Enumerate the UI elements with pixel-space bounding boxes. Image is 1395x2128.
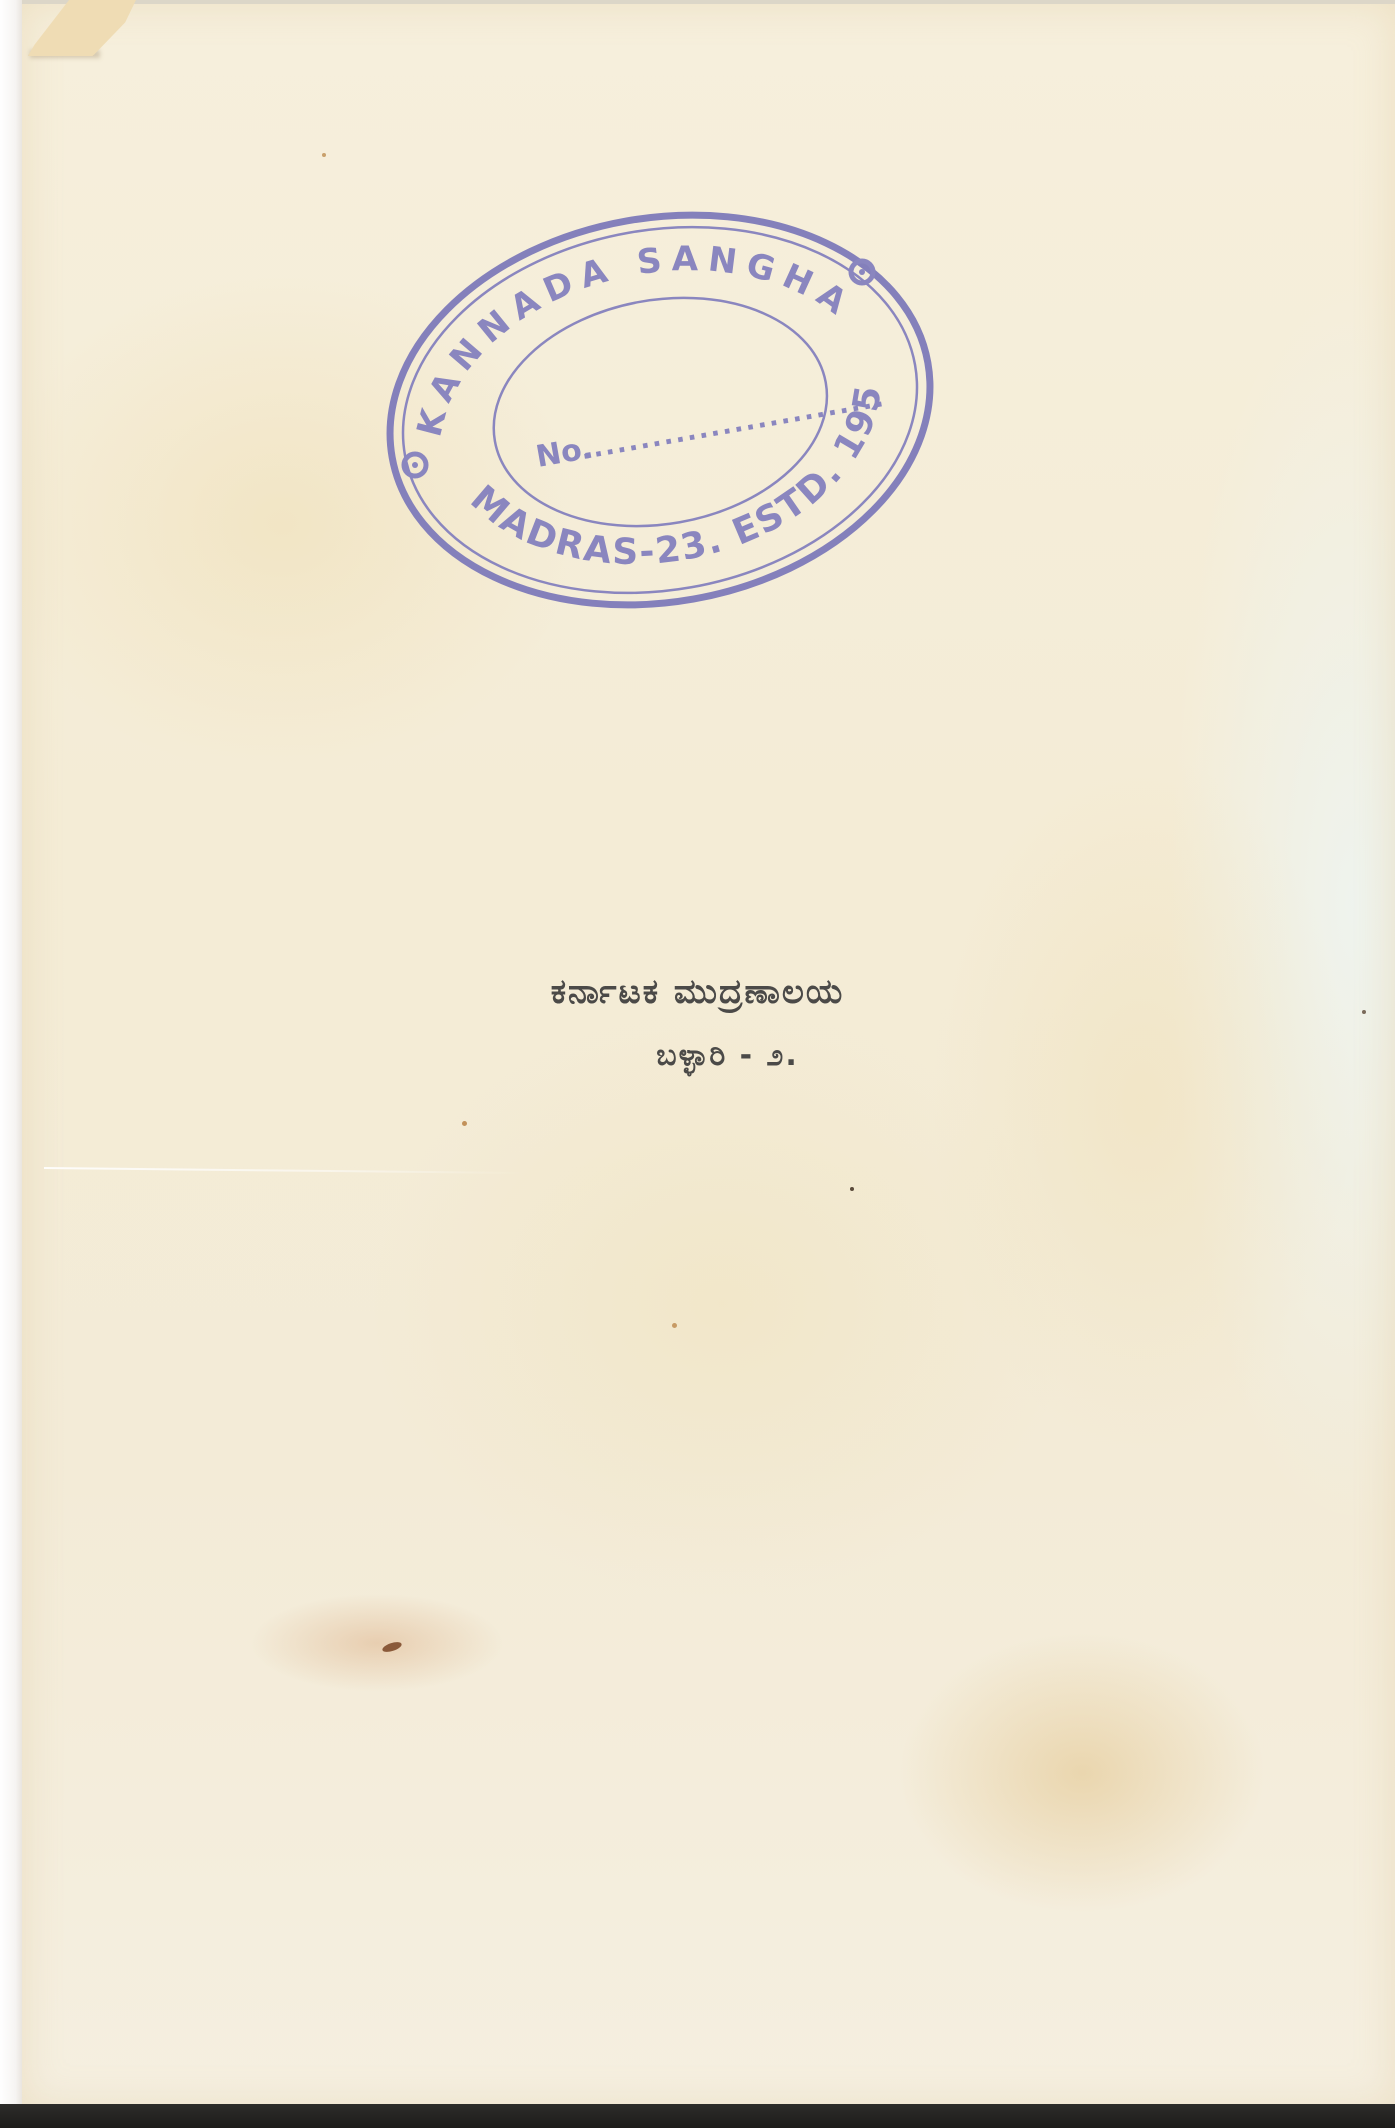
paper-crease — [44, 1167, 524, 1174]
page-top-edge — [22, 0, 1395, 4]
stain-speck — [322, 153, 326, 157]
scanner-bed — [0, 2104, 1395, 2128]
library-stamp: KANNADA SANGHA MADRAS-23. ESTD. 1956 No.… — [370, 200, 950, 620]
scanned-page: KANNADA SANGHA MADRAS-23. ESTD. 1956 No.… — [0, 0, 1395, 2128]
stain-speck — [850, 1187, 854, 1191]
stain-speck — [672, 1323, 677, 1328]
stain-speck — [462, 1121, 467, 1126]
printer-location: ಬಳ್ಳಾರಿ - ೨. — [0, 1038, 1395, 1073]
stain-speck — [381, 1640, 402, 1654]
printer-name: ಕರ್ನಾಟಕ ಮುದ್ರಣಾಲಯ — [0, 972, 1395, 1012]
